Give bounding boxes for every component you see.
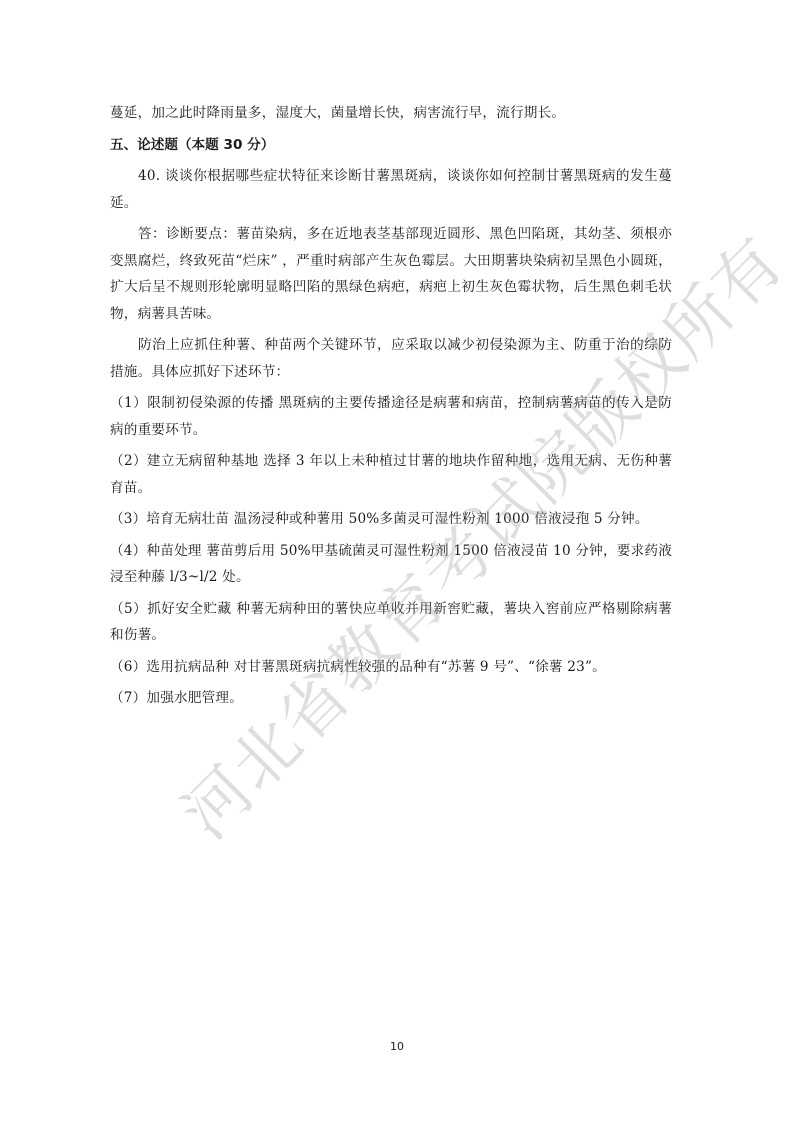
control-item-7: （7）加强水肥管理。: [110, 685, 672, 712]
control-item-4: （4）种苗处理 薯苗剪后用 50%甲基硫菌灵可湿性粉剂 1500 倍液浸苗 10…: [110, 538, 672, 591]
continuation-paragraph: 蔓延，加之此时降雨量多，湿度大，菌量增长快，病害流行早，流行期长。: [110, 100, 672, 127]
control-item-3: （3）培育无病壮苗 温汤浸种或种薯用 50%多菌灵可湿性粉剂 1000 倍液浸孢…: [110, 506, 672, 533]
control-item-6: （6）选用抗病品种 对甘薯黑斑病抗病性较强的品种有“苏薯 9 号”、“徐薯 23…: [110, 654, 672, 681]
answer-control-intro: 防治上应抓住种薯、种苗两个关键环节，应采取以减少初侵染源为主、防重于治的综防措施…: [110, 332, 672, 385]
answer-diagnosis: 答：诊断要点：薯苗染病，多在近地表茎基部现近圆形、黑色凹陷斑，其幼茎、须根亦变黑…: [110, 221, 672, 327]
control-item-5: （5）抓好安全贮藏 种薯无病种田的薯快应单收并用新窖贮藏，薯块入窖前应严格剔除病…: [110, 596, 672, 649]
document-page: 蔓延，加之此时降雨量多，湿度大，菌量增长快，病害流行早，流行期长。 五、论述题（…: [0, 0, 794, 1123]
control-item-1: （1）限制初侵染源的传播 黑斑病的主要传播途径是病薯和病苗，控制病薯病苗的传入是…: [110, 390, 672, 443]
page-content: 蔓延，加之此时降雨量多，湿度大，菌量增长快，病害流行早，流行期长。 五、论述题（…: [110, 100, 672, 717]
control-item-2: （2）建立无病留种基地 选择 3 年以上未种植过甘薯的地块作留种地，选用无病、无…: [110, 448, 672, 501]
question-40: 40. 谈谈你根据哪些症状特征来诊断甘薯黑斑病，谈谈你如何控制甘薯黑斑病的发生蔓…: [110, 163, 672, 216]
page-number: 10: [0, 1040, 794, 1053]
section-heading: 五、论述题（本题 30 分）: [110, 132, 672, 159]
